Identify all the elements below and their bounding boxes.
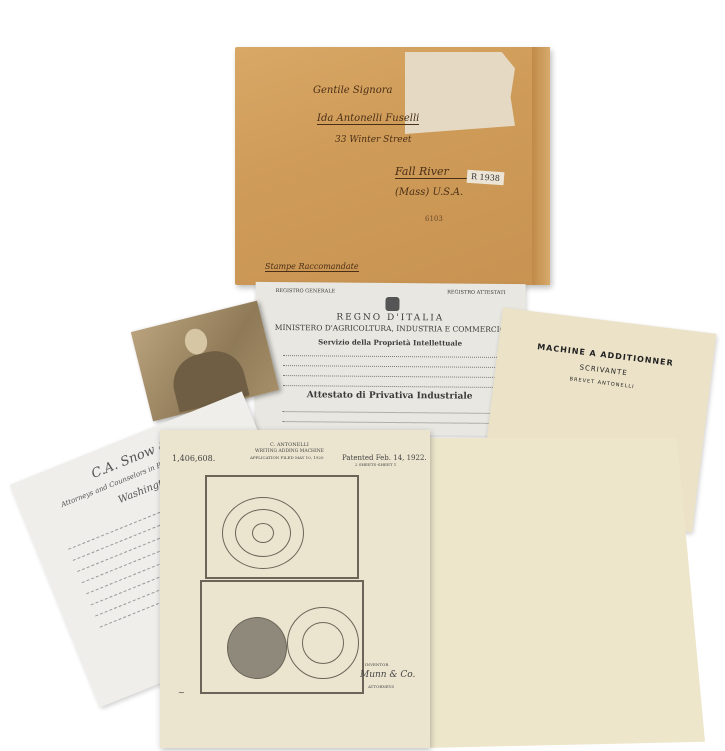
us-patent-drawing: C. ANTONELLI WRITING ADDING MACHINE APPL… (160, 430, 430, 748)
address-line-3: 33 Winter Street (335, 135, 412, 145)
certificate-document-title: Attestato di Privativa Industriale (255, 390, 525, 402)
certificate-ministry: MINISTERO D'AGRICOLTURA, INDUSTRIA E COM… (255, 323, 525, 334)
patent-witness-signature: ~ (178, 688, 185, 697)
patent-inventor: C. ANTONELLI (270, 442, 309, 448)
certificate-subtitle: Servizio della Proprietà Intellettuale (255, 337, 525, 348)
patent-inventor-label: INVENTOR (365, 662, 388, 667)
registered-label: R 1938 (467, 170, 505, 186)
stamp-number: 6103 (425, 215, 443, 223)
address-line-2: Ida Antonelli Fuselli (317, 113, 419, 125)
address-line-1: Gentile Signora (313, 85, 393, 96)
patent-attorneys-label: ATTORNEYS (368, 684, 394, 689)
torn-stamp-area (405, 52, 515, 134)
envelope: Gentile Signora Ida Antonelli Fuselli 33… (235, 47, 550, 285)
patent-date: Patented Feb. 14, 1922. (342, 454, 427, 462)
italian-patent-certificate: REGISTRO GENERALE REGISTRO ATTESTATI REG… (254, 282, 525, 436)
coat-of-arms-icon (385, 297, 399, 311)
drawing-fig-1 (205, 475, 359, 579)
header-right: REGISTRO ATTESTATI (447, 289, 506, 296)
patent-sheet: 2 SHEETS-SHEET 1 (355, 462, 396, 467)
patent-blank-page (425, 438, 705, 748)
patent-number: 1,406,608. (172, 454, 215, 463)
header-left: REGISTRO GENERALE (276, 288, 336, 295)
envelope-edge (532, 47, 550, 285)
drawing-fig-2 (200, 580, 364, 694)
patent-filing: APPLICATION FILED MAY 10, 1920 (250, 455, 324, 460)
patent-title: WRITING ADDING MACHINE (255, 449, 324, 454)
envelope-note: Stampe Raccomandate (265, 262, 359, 272)
address-line-5: (Mass) U.S.A. (395, 187, 463, 198)
patent-attorney-signature: Munn & Co. (360, 670, 415, 680)
